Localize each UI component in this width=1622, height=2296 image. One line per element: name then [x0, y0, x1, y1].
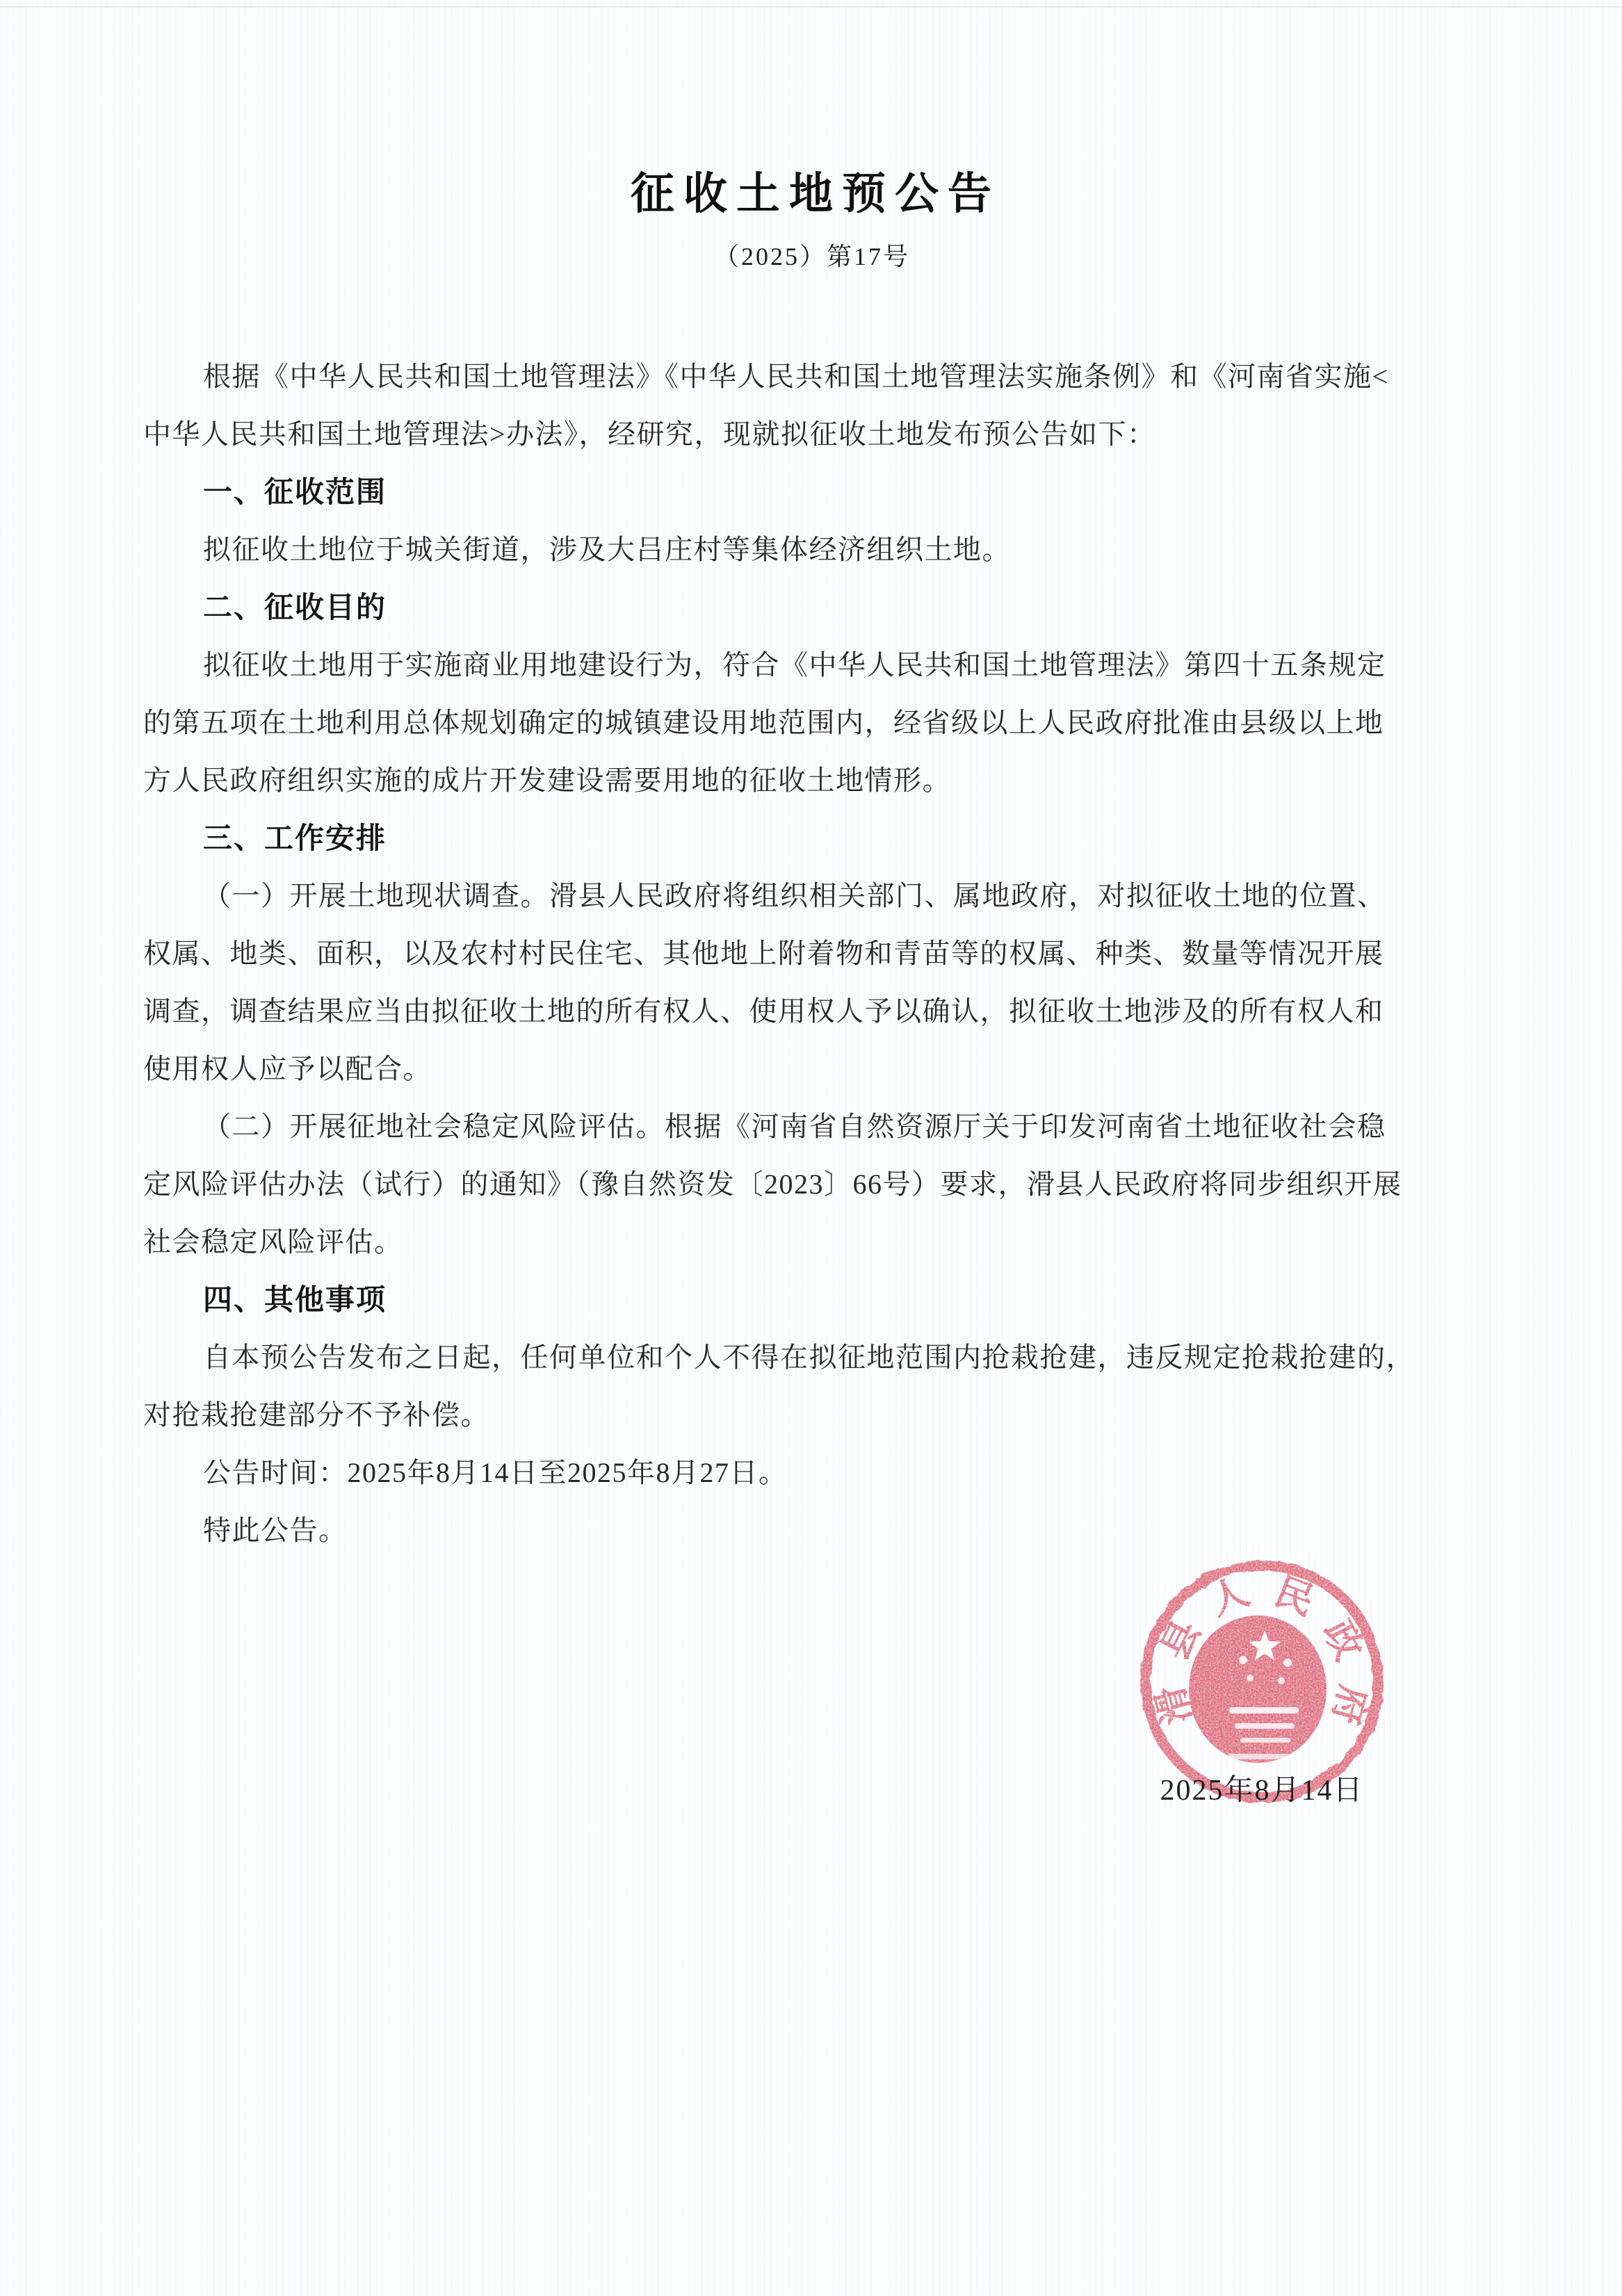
scan-edge-line: [0, 6, 1622, 8]
doc-line: 调查，调查结果应当由拟征收土地的所有权人、使用权人予以确认，拟征收土地涉及的所有…: [143, 982, 1495, 1040]
small-star-dot: [1278, 1677, 1285, 1684]
doc-number: （2025）第17号: [0, 241, 1622, 272]
doc-line: 权属、地类、面积，以及农村村民住宅、其他地上附着物和青苗等的权属、种类、数量等情…: [143, 925, 1495, 982]
emblem-gate-line: [1235, 1723, 1295, 1729]
doc-line: 对抢栽抢建部分不予补偿。: [143, 1386, 1495, 1444]
small-star-dot: [1239, 1656, 1247, 1664]
section-heading: 一、征收范围: [143, 463, 1495, 521]
emblem-gate-line: [1240, 1738, 1290, 1743]
document-body: 根据《中华人民共和国土地管理法》《中华人民共和国土地管理法实施条例》和《河南省实…: [143, 348, 1495, 1559]
doc-line: 定风险评估办法（试行）的通知》（豫自然资发〔2023〕66号）要求，滑县人民政府…: [143, 1155, 1495, 1213]
doc-line: 的第五项在土地利用总体规划确定的城镇建设用地范围内，经省级以上人民政府批准由县级…: [143, 694, 1495, 751]
doc-line: （二）开展征地社会稳定风险评估。根据《河南省自然资源厅关于印发河南省土地征收社会…: [143, 1098, 1495, 1155]
doc-line: 根据《中华人民共和国土地管理法》《中华人民共和国土地管理法实施条例》和《河南省实…: [143, 348, 1495, 405]
section-heading: 四、其他事项: [143, 1271, 1495, 1328]
doc-line: 自本预公告发布之日起，任何单位和个人不得在拟征地范围内抢栽抢建，违反规定抢栽抢建…: [143, 1328, 1495, 1386]
official-seal: 滑县人民政府: [1139, 1558, 1385, 1805]
doc-line: 拟征收土地用于实施商业用地建设行为，符合《中华人民共和国土地管理法》第四十五条规…: [143, 636, 1495, 694]
seal-ring-char: 府: [1324, 1681, 1375, 1729]
doc-line: 公告时间：2025年8月14日至2025年8月27日。: [143, 1444, 1495, 1501]
doc-line: 中华人民共和国土地管理法>办法》，经研究，现就拟征收土地发布预公告如下：: [143, 405, 1495, 463]
seal-date: 2025年8月14日: [1139, 1774, 1385, 1807]
doc-line: 使用权人应予以配合。: [143, 1040, 1495, 1098]
emblem-gate-line: [1228, 1754, 1297, 1759]
document-page: 征收土地预公告 （2025）第17号 根据《中华人民共和国土地管理法》《中华人民…: [0, 0, 1622, 2296]
page-title: 征收土地预公告: [0, 169, 1622, 219]
doc-line: （一）开展土地现状调查。滑县人民政府将组织相关部门、属地政府，对拟征收土地的位置…: [143, 867, 1495, 925]
doc-line: 社会稳定风险评估。: [143, 1213, 1495, 1271]
doc-line: 拟征收土地位于城关街道，涉及大吕庄村等集体经济组织土地。: [143, 521, 1495, 578]
small-star-dot: [1247, 1675, 1254, 1682]
doc-line: 方人民政府组织实施的成片开发建设需要用地的征收土地情形。: [143, 751, 1495, 809]
small-star-dot: [1283, 1659, 1292, 1667]
section-heading: 二、征收目的: [143, 578, 1495, 636]
section-heading: 三、工作安排: [143, 809, 1495, 867]
emblem-gate-line: [1229, 1707, 1299, 1713]
doc-line: 特此公告。: [143, 1501, 1495, 1559]
